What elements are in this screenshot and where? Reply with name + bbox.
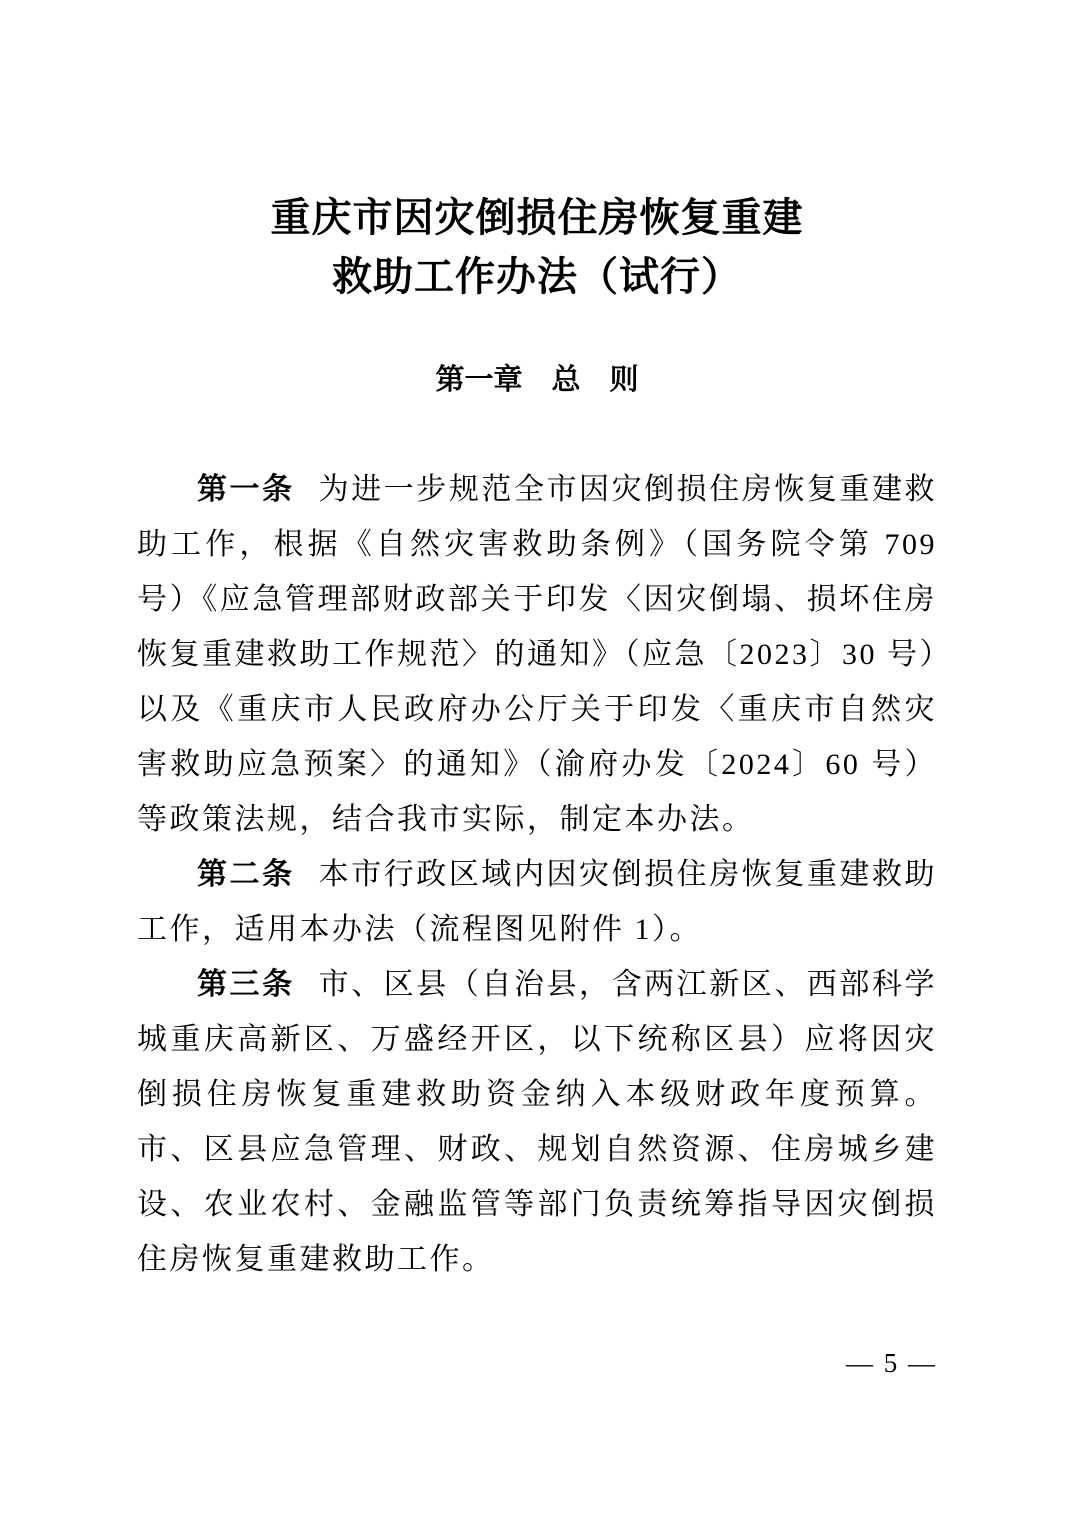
article-3-number: 第三条 (197, 968, 295, 1001)
article-body: 第一条为进一步规范全市因灾倒损住房恢复重建救助工作，根据《自然灾害救助条例》（国… (137, 462, 937, 1287)
document-title: 重庆市因灾倒损住房恢复重建 救助工作办法（试行） (137, 188, 937, 306)
document-content: 重庆市因灾倒损住房恢复重建 救助工作办法（试行） 第一章 总 则 第一条为进一步… (137, 188, 937, 1287)
page-number: — 5 — (846, 1348, 937, 1379)
article-2-number: 第二条 (197, 858, 295, 891)
chapter-heading: 第一章 总 则 (137, 362, 937, 398)
article-1-number: 第一条 (197, 473, 295, 506)
article-1: 第一条为进一步规范全市因灾倒损住房恢复重建救助工作，根据《自然灾害救助条例》（国… (137, 462, 937, 847)
document-title-line2: 救助工作办法（试行） (137, 247, 937, 306)
article-3: 第三条市、区县（自治县，含两江新区、西部科学城重庆高新区、万盛经开区，以下统称区… (137, 957, 937, 1287)
article-2: 第二条本市行政区域内因灾倒损住房恢复重建救助工作，适用本办法（流程图见附件 1）… (137, 847, 937, 957)
article-1-text: 为进一步规范全市因灾倒损住房恢复重建救助工作，根据《自然灾害救助条例》（国务院令… (137, 473, 937, 836)
document-title-line1: 重庆市因灾倒损住房恢复重建 (137, 188, 937, 247)
document-page: 重庆市因灾倒损住房恢复重建 救助工作办法（试行） 第一章 总 则 第一条为进一步… (0, 0, 1074, 1520)
article-3-text: 市、区县（自治县，含两江新区、西部科学城重庆高新区、万盛经开区，以下统称区县）应… (137, 968, 937, 1276)
